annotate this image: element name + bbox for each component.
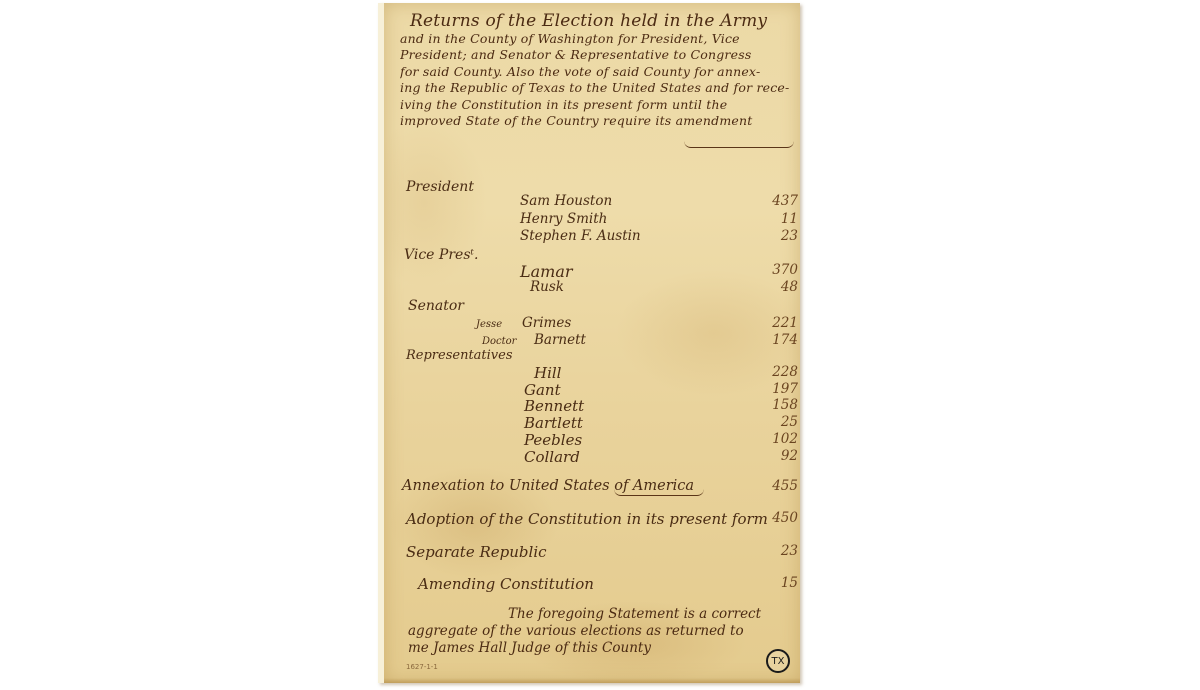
paper-edge (384, 678, 800, 683)
attestation-line: aggregate of the various elections as re… (408, 623, 788, 640)
measure-votes: 15 (781, 575, 798, 591)
candidate-votes: 197 (772, 381, 798, 397)
measure-row: Annexation to United States of America 4… (384, 478, 806, 500)
heading-line: President; and Senator & Representative … (400, 47, 790, 64)
candidate-votes: 23 (781, 228, 798, 244)
heading-line: improved State of the Country require it… (400, 113, 790, 130)
candidate-row: Hill 228 (384, 364, 806, 382)
measure-swash (614, 489, 704, 496)
candidate-name: Bennett (524, 397, 584, 415)
candidate-votes: 102 (772, 431, 798, 447)
measure-label: Separate Republic (406, 543, 547, 561)
candidate-votes: 437 (772, 193, 798, 209)
candidate-votes: 221 (772, 315, 798, 331)
section-label-senator: Senator (408, 298, 464, 314)
attestation: The foregoing Statement is a correct agg… (408, 606, 788, 657)
measure-votes: 450 (772, 510, 798, 526)
election-return-document: Returns of the Election held in the Army… (378, 3, 800, 683)
candidate-votes: 48 (781, 279, 798, 295)
candidate-votes: 370 (772, 262, 798, 278)
heading-line: iving the Constitution in its present fo… (400, 97, 790, 114)
heading-swash (684, 141, 794, 148)
attestation-line: me James Hall Judge of this County (408, 640, 788, 657)
measure-label: Adoption of the Constitution in its pres… (406, 510, 768, 528)
heading-line: and in the County of Washington for Pres… (400, 31, 790, 48)
candidate-row: Henry Smith 11 (384, 211, 806, 229)
section-label-vice-president: Vice Presᵗ. (404, 247, 478, 263)
candidate-row: Lamar 370 (384, 262, 806, 280)
image-viewer: Returns of the Election held in the Army… (0, 0, 1200, 690)
candidate-name: Stephen F. Austin (520, 228, 641, 244)
candidate-name: Bartlett (524, 414, 583, 432)
candidate-votes: 25 (781, 414, 798, 430)
candidate-row: Sam Houston 437 (384, 193, 806, 211)
catalog-number: 1627-1-1 (406, 663, 438, 671)
candidate-name: Henry Smith (520, 211, 607, 227)
candidate-row: Grimes 221 (384, 315, 806, 333)
candidate-votes: 11 (781, 211, 798, 227)
candidate-name: Grimes (522, 315, 571, 331)
measure-votes: 455 (772, 478, 798, 494)
measure-row: Amending Constitution 15 (384, 575, 806, 597)
attestation-line: The foregoing Statement is a correct (408, 606, 788, 623)
measure-votes: 23 (781, 543, 798, 559)
candidate-votes: 174 (772, 332, 798, 348)
section-label-representatives: Representatives (406, 348, 513, 363)
candidate-row: Peebles 102 (384, 431, 806, 449)
candidate-votes: 228 (772, 364, 798, 380)
candidate-votes: 158 (772, 397, 798, 413)
candidate-name: Peebles (524, 431, 582, 449)
candidate-votes: 92 (781, 448, 798, 464)
tx-stamp-icon: TX (766, 649, 790, 673)
measure-row: Adoption of the Constitution in its pres… (384, 510, 806, 532)
candidate-name: Collard (524, 448, 580, 466)
candidate-name: Sam Houston (520, 193, 612, 209)
candidate-row: Bartlett 25 (384, 414, 806, 432)
candidate-row: Collard 92 (384, 448, 806, 466)
heading-line: Returns of the Election held in the Army (400, 13, 790, 31)
heading-line: for said County. Also the vote of said C… (400, 64, 790, 81)
candidate-name: Barnett (534, 332, 586, 348)
heading-line: ing the Republic of Texas to the United … (400, 80, 790, 97)
document-heading: Returns of the Election held in the Army… (400, 13, 790, 130)
measure-label: Amending Constitution (418, 575, 594, 593)
candidate-name: Rusk (530, 279, 564, 295)
candidate-row: Bennett 158 (384, 397, 806, 415)
candidate-name: Hill (534, 364, 561, 382)
candidate-row: Stephen F. Austin 23 (384, 228, 806, 246)
measure-row: Separate Republic 23 (384, 543, 806, 565)
candidate-row: Rusk 48 (384, 279, 806, 297)
